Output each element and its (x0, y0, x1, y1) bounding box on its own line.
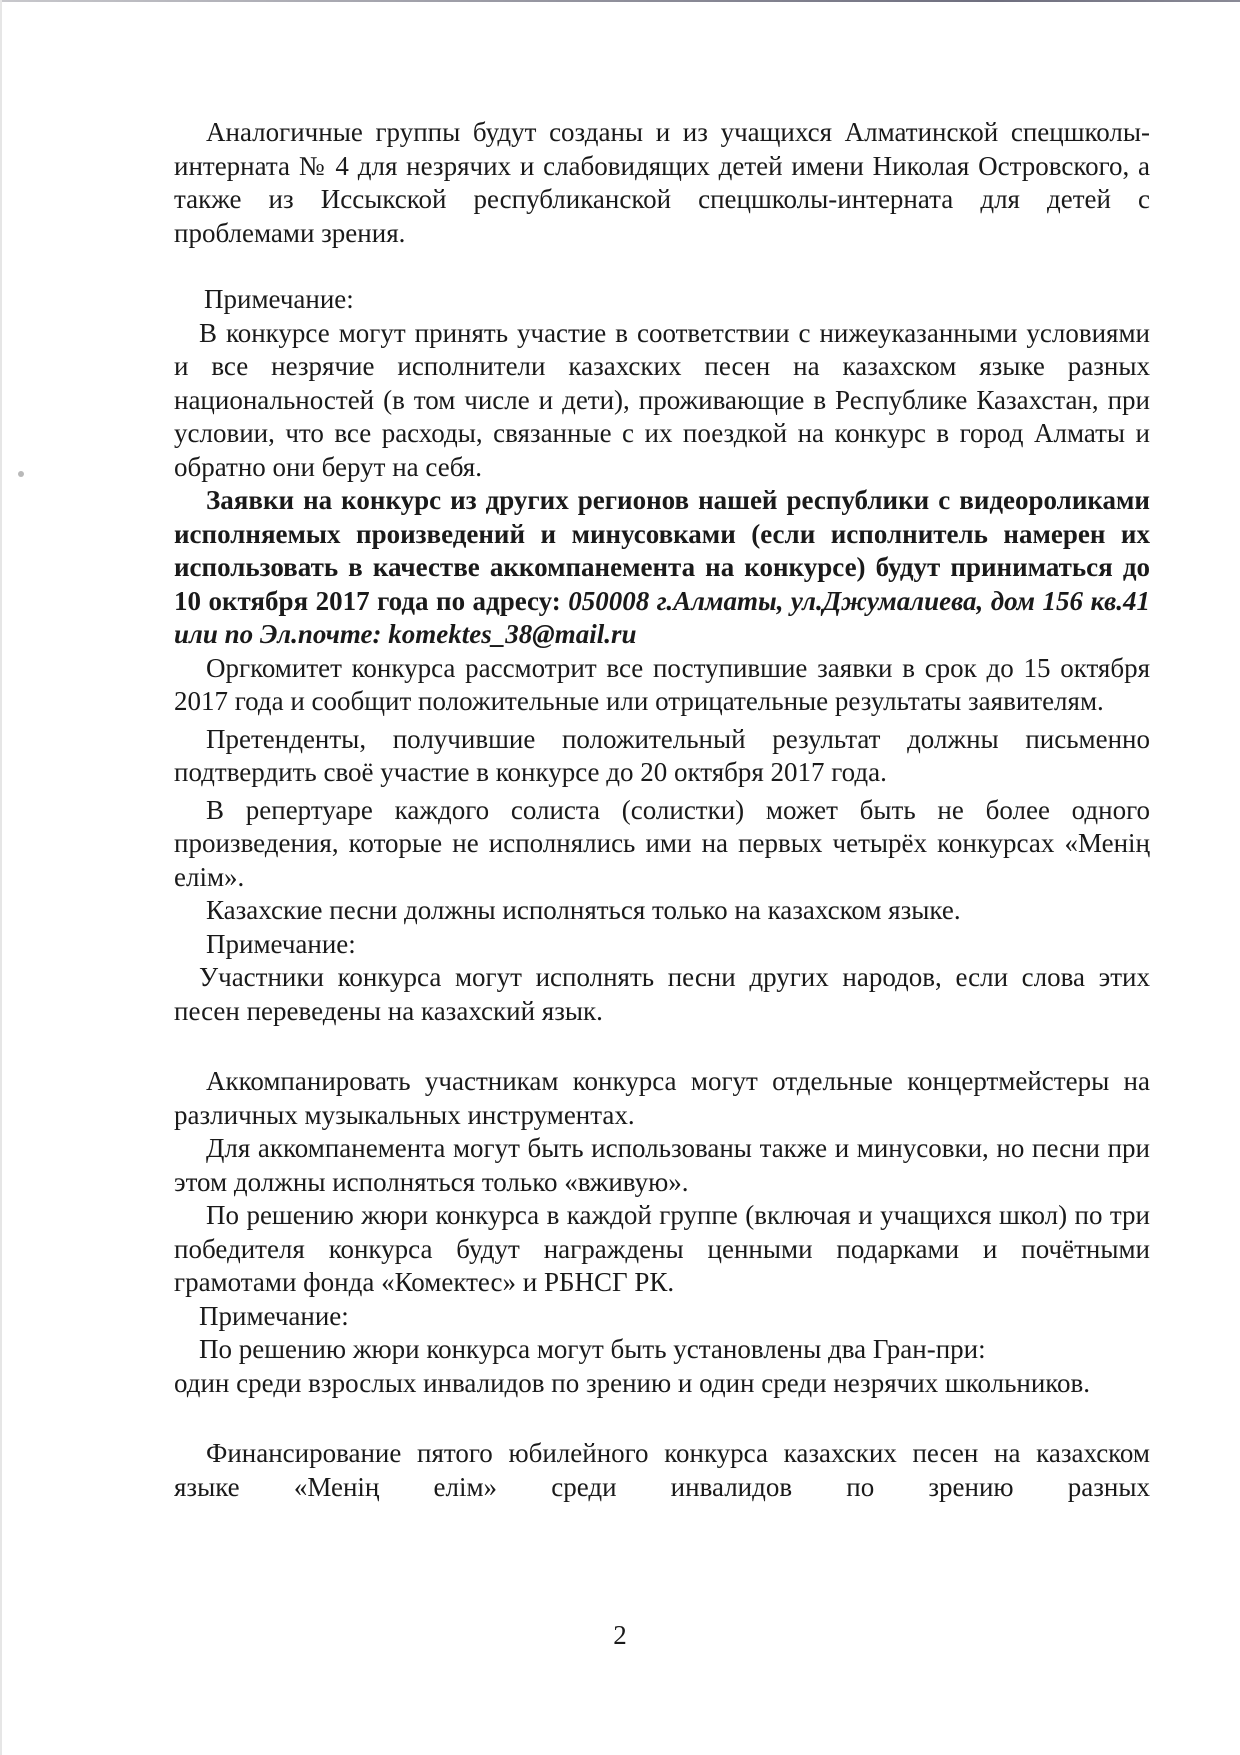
paragraph-participation-conditions: В конкурсе могут принять участие в соотв… (174, 317, 1150, 485)
contact-email: komektes_38@mail.ru (388, 619, 636, 649)
paragraph-repertoire: В репертуаре каждого солиста (солистки) … (174, 794, 1150, 895)
scan-left-edge (0, 0, 2, 1755)
paragraph-financing: Финансирование пятого юбилейного конкурс… (174, 1437, 1150, 1504)
paragraph-grand-prix: По решению жюри конкурса могут быть уста… (174, 1333, 1150, 1367)
paragraph-applications: Заявки на конкурс из других регионов наш… (174, 484, 1150, 652)
paragraph-accompaniment: Аккомпанировать участникам конкурса могу… (174, 1065, 1150, 1132)
note-label-2: Примечание: (174, 928, 1150, 962)
spacer (174, 1400, 1150, 1433)
page-number: 2 (0, 1620, 1240, 1651)
paragraph-kazakh-language: Казахские песни должны исполняться тольк… (174, 894, 1150, 928)
paragraph-grand-prix-categories: один среди взрослых инвалидов по зрению … (174, 1367, 1150, 1401)
note-label-3: Примечание: (174, 1300, 1150, 1334)
paragraph-committee-review: Оргкомитет конкурса рассмотрит все посту… (174, 652, 1150, 719)
paragraph-other-peoples-songs: Участники конкурса могут исполнять песни… (174, 961, 1150, 1028)
paragraph-backing-tracks: Для аккомпанемента могут быть использова… (174, 1132, 1150, 1199)
note-label-1: Примечание: (174, 283, 1150, 317)
scan-top-edge (0, 0, 1240, 2)
spacer (174, 250, 1150, 283)
paragraph-winners-awards: По решению жюри конкурса в каждой группе… (174, 1199, 1150, 1300)
paragraph-similar-groups: Аналогичные группы будут созданы и из уч… (174, 116, 1150, 250)
scan-margin-mark (18, 471, 24, 477)
document-page: Аналогичные группы будут созданы и из уч… (174, 116, 1150, 1504)
spacer (174, 1028, 1150, 1061)
paragraph-confirmation: Претенденты, получившие положительный ре… (174, 723, 1150, 790)
